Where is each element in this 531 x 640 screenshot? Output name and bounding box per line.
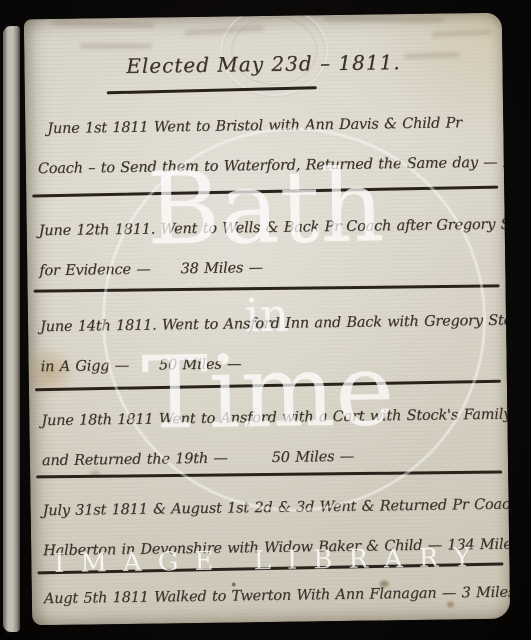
journal-entry-3: June 14th 1811. Went to Ansford Inn and … [40, 303, 499, 389]
bleed-through-mark [324, 17, 444, 22]
entry-line: July 31st 1811 & August 1st 2d & 3d Went… [42, 487, 501, 533]
journal-entry-5: July 31st 1811 & August 1st 2d & 3d Went… [42, 487, 501, 573]
entry-line-text: and Returned the 19th — [42, 451, 228, 470]
bleed-through-mark [80, 44, 152, 48]
entry-line-text: for Evidence — [39, 262, 150, 280]
page-title: Elected May 23d – 1811. [24, 49, 502, 80]
photo-background: Elected May 23d – 1811. June 1st 1811 We… [0, 0, 531, 640]
entry-line: Coach – to Send them to Waterford, Retur… [38, 145, 497, 191]
entry-miles: 38 Miles — [180, 260, 263, 277]
entry-line: Augt 5th 1811 Walked to Twerton With Ann… [44, 575, 503, 621]
entry-miles: 50 Miles — [272, 449, 355, 466]
entry-line-text: in A Gigg — [41, 358, 130, 375]
bleed-through-mark [54, 21, 154, 27]
entry-line: June 18th 1811 Went to Ansford with a Ca… [41, 397, 500, 443]
journal-entry-6: Augt 5th 1811 Walked to Twerton With Ann… [44, 575, 503, 621]
journal-entry-4: June 18th 1811 Went to Ansford with a Ca… [41, 397, 500, 483]
book-spine-edge [3, 26, 20, 632]
bleed-through-mark [432, 30, 492, 37]
journal-entry-2: June 12th 1811. Went to Wells & Back Pr … [39, 207, 498, 293]
entry-miles: 50 Miles — [159, 356, 242, 373]
entry-line: June 1st 1811 Went to Bristol with Ann D… [37, 105, 496, 151]
journal-page: Elected May 23d – 1811. June 1st 1811 We… [24, 13, 510, 626]
journal-entry-1: June 1st 1811 Went to Bristol with Ann D… [37, 105, 496, 191]
entry-line: June 12th 1811. Went to Wells & Back Pr … [39, 207, 498, 253]
entry-line: June 14th 1811. Went to Ansford Inn and … [40, 303, 499, 349]
